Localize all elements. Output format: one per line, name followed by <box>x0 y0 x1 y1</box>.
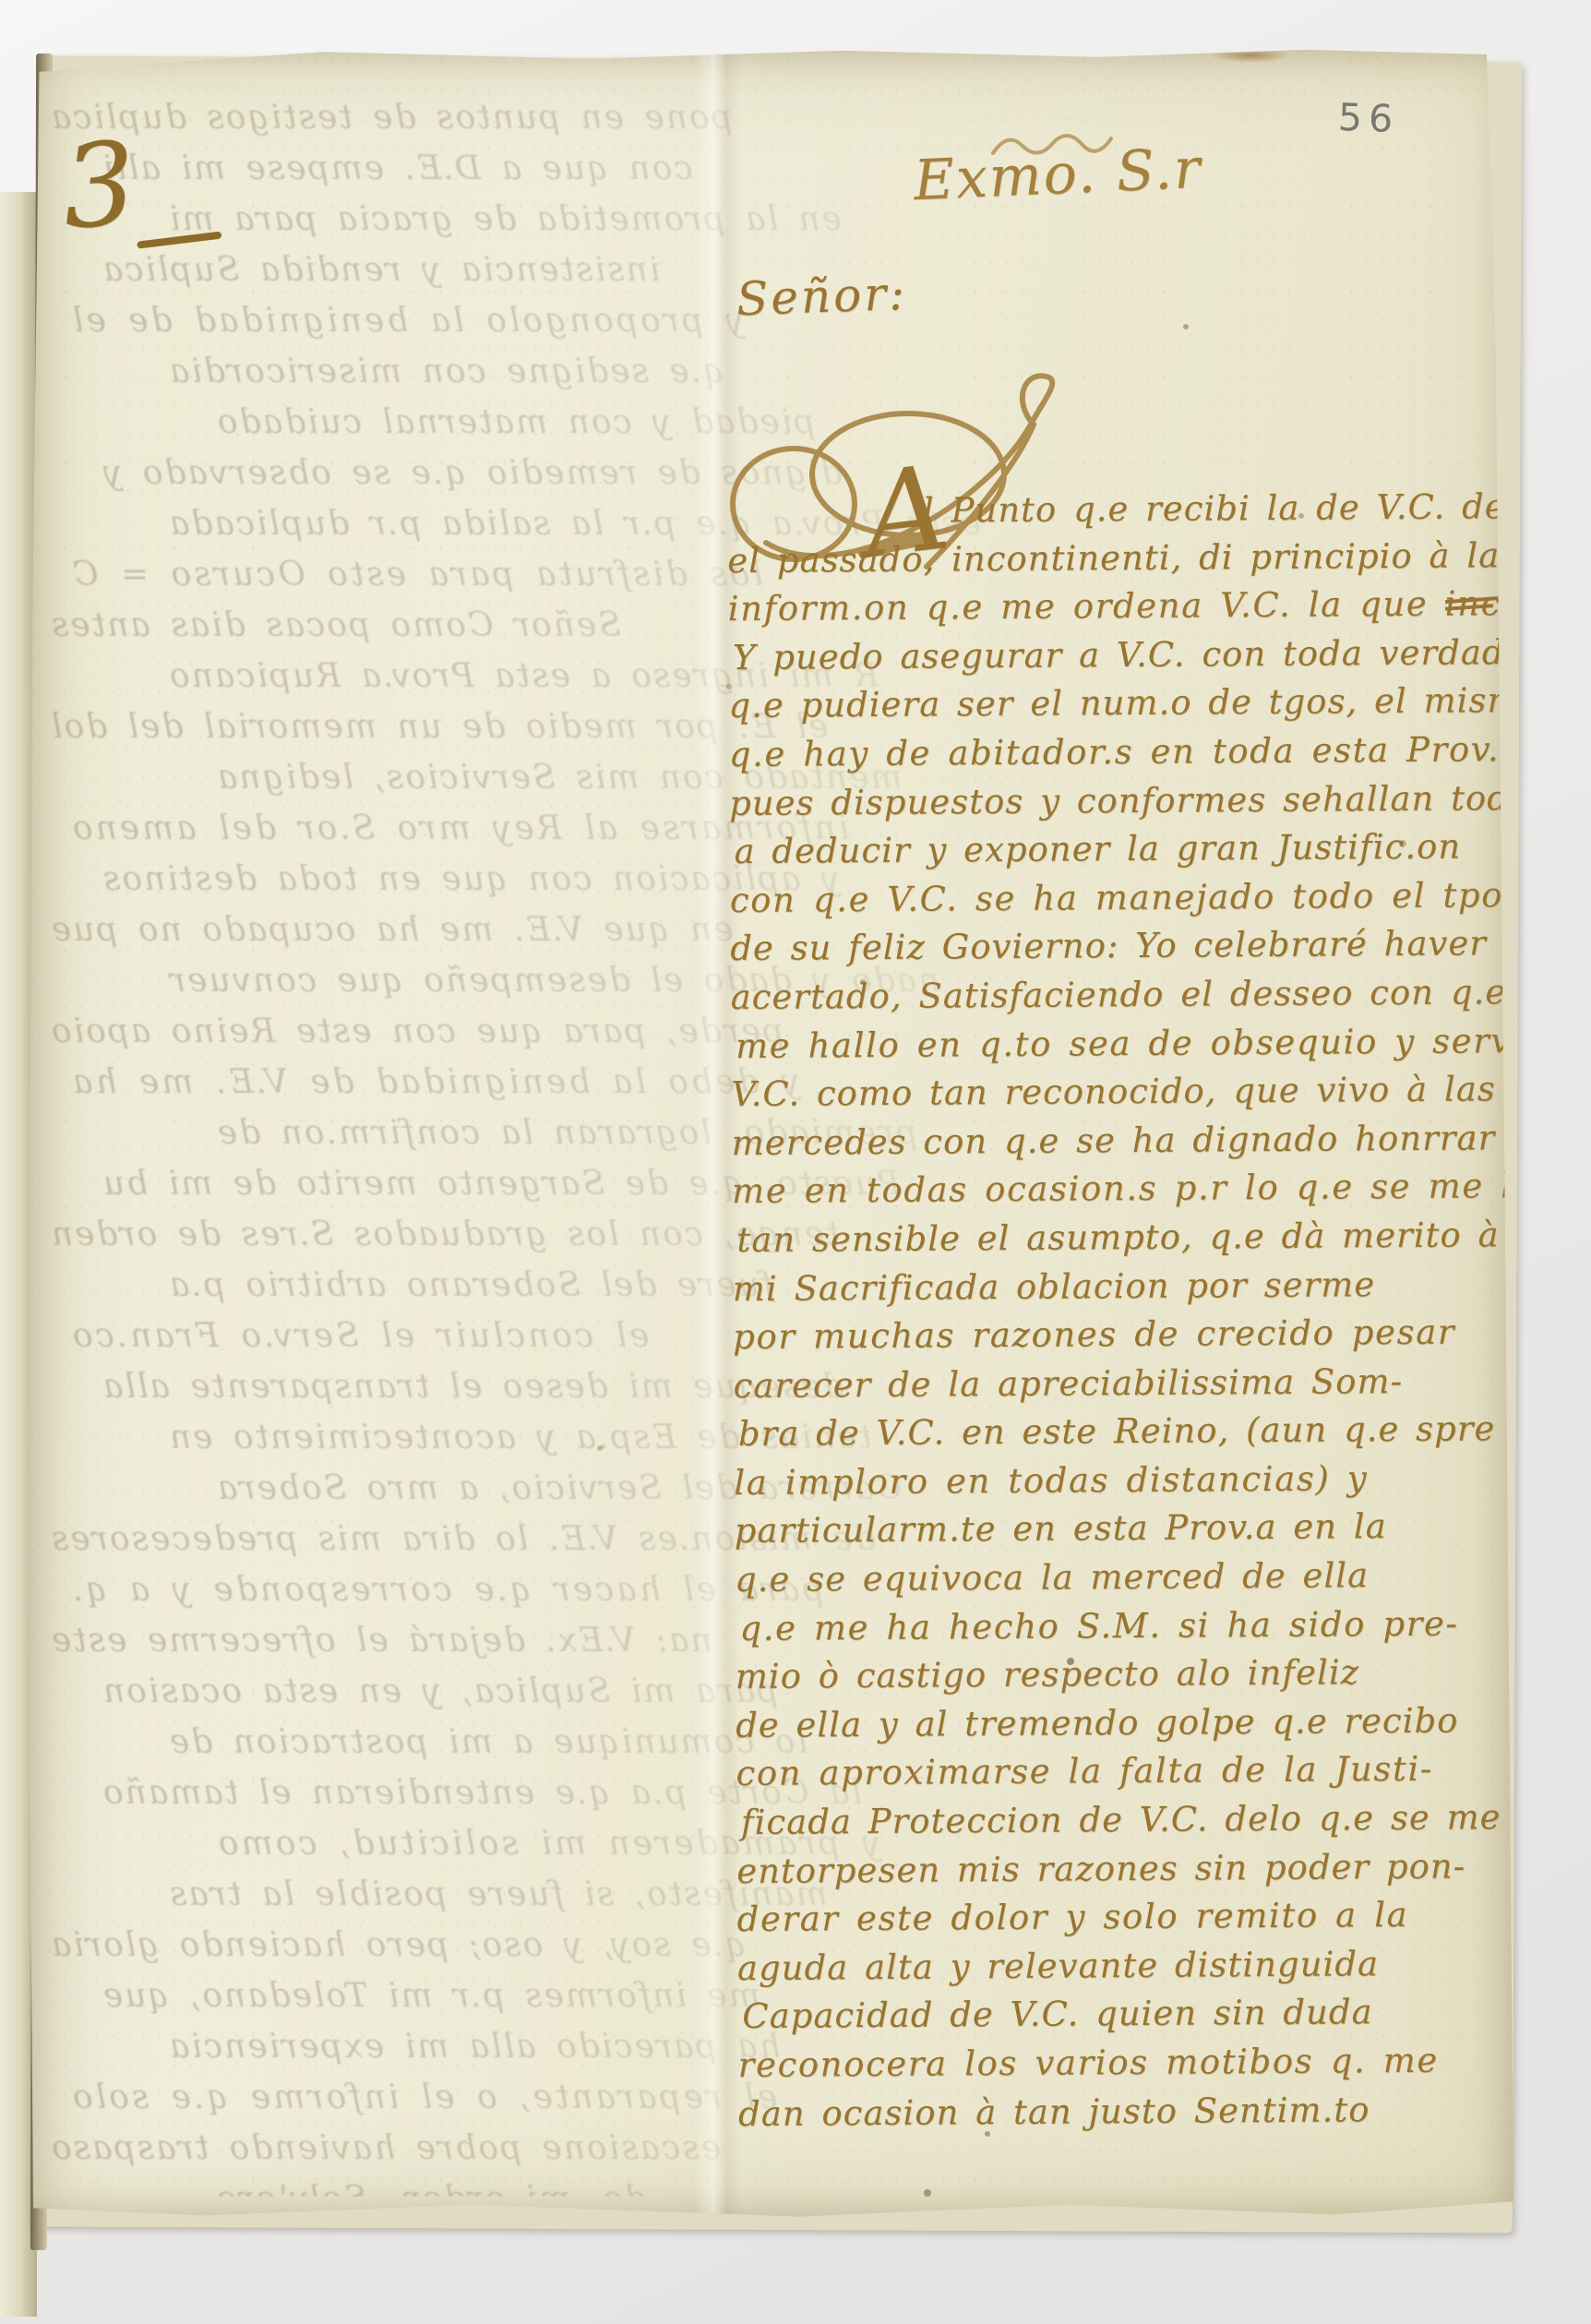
manuscript-line: bra de V.C. en este Reino, (aun q.e spre <box>738 1405 1543 1459</box>
manuscript-page: pone en puntos de testigos duplicacon qu… <box>26 48 1513 2219</box>
manuscript-line: mio ò castigo respecto alo infeliz <box>736 1647 1540 1702</box>
manuscript-line: me hallo en q.to sea de obsequio y serv.… <box>736 1016 1540 1071</box>
manuscript-line: con q.e V.C. se ha manejado todo el tpo <box>730 871 1535 926</box>
manuscript-line: inform.on q.e me ordena V.C. la que incl… <box>728 580 1533 634</box>
manuscript-line: con aproximarse la falta de la Justi- <box>736 1744 1540 1799</box>
manuscript-line: Y puedo asegurar a V.C. con toda verdad, <box>733 629 1537 683</box>
manuscript-line: mercedes con q.e se ha dignado honrrar <box>732 1114 1537 1168</box>
manuscript-line: pues dispuestos y conformes sehallan tod… <box>729 774 1534 829</box>
scan-backdrop: pone en puntos de testigos duplicacon qu… <box>0 0 1591 2324</box>
abbreviation-tilde-icon <box>987 126 1126 162</box>
manuscript-line: dan ocasion à tan justo Sentim.to <box>738 2085 1543 2139</box>
manuscript-line: acertado, Satisfaciendo el desseo con q.… <box>730 968 1535 1023</box>
manuscript-line: ficada Proteccion de V.C. delo q.e se me <box>741 1793 1546 1848</box>
manuscript-line: tan sensible el asumpto, q.e dà merito à <box>736 1211 1541 1265</box>
salutation: Señor: <box>736 267 908 326</box>
manuscript-line: reconocera los varios motibos q. me <box>738 2036 1543 2090</box>
manuscript-line: particularm.te en esta Prov.a en la <box>734 1502 1538 1556</box>
docket-number: 3 <box>59 126 139 246</box>
manuscript-line: de su feliz Govierno: Yo celebraré haver <box>730 919 1535 974</box>
manuscript-line: q.e pudiera ser el num.o de tgos, el mis… <box>728 677 1533 731</box>
bleedthrough-line: en la prometida de gracia para mi <box>50 194 1473 245</box>
manuscript-line: q.e se equivoca la merced de ella <box>735 1551 1539 1605</box>
manuscript-line: aguda alta y relevante distinguida <box>737 1939 1542 1994</box>
manuscript-line: de ella y al tremendo golpe q.e recibo <box>736 1696 1540 1751</box>
manuscript-line: V.C. como tan reconocido, que vivo à las <box>731 1065 1536 1120</box>
manuscript-line: carecer de la apreciabilissima Som- <box>733 1357 1537 1411</box>
manuscript-line: me en todas ocasion.s p.r lo q.e se me h… <box>732 1162 1537 1216</box>
manuscript-line: l Punto q.e recibi la de V.C. de 1.o <box>727 483 1532 537</box>
ink-stain <box>1211 48 1290 63</box>
manuscript-line: entorpesen mis razones sin poder pon- <box>736 1842 1541 1897</box>
manuscript-line: q.e hay de abitador.s en toda esta Prov.… <box>729 725 1534 780</box>
paper-specks <box>26 48 30 52</box>
docket-numeral: 3 <box>59 126 139 246</box>
folio-number: 56 <box>1337 95 1400 141</box>
bleedthrough-line: do, mi orden. Solv'ere <box>50 2174 1473 2197</box>
letter-body: l Punto q.e recibi la de V.C. de 1.oel p… <box>727 483 1543 2138</box>
manuscript-line: la imploro en todas distancias) y <box>734 1454 1538 1508</box>
manuscript-line: el passado, incontinenti, di principio à… <box>727 532 1532 586</box>
manuscript-line: Capacidad de V.C. quien sin duda <box>742 1987 1547 2042</box>
manuscript-line: a deducir y exponer la gran Justific.on <box>734 822 1538 877</box>
manuscript-line: q.e me ha hecho S.M. si ha sido pre- <box>739 1599 1544 1654</box>
manuscript-line: derar este dolor y solo remito a la <box>736 1890 1541 1945</box>
manuscript-line: mi Sacrificada oblacion por serme <box>733 1259 1537 1313</box>
manuscript-line: por muchas razones de crecido pesar <box>733 1308 1537 1362</box>
